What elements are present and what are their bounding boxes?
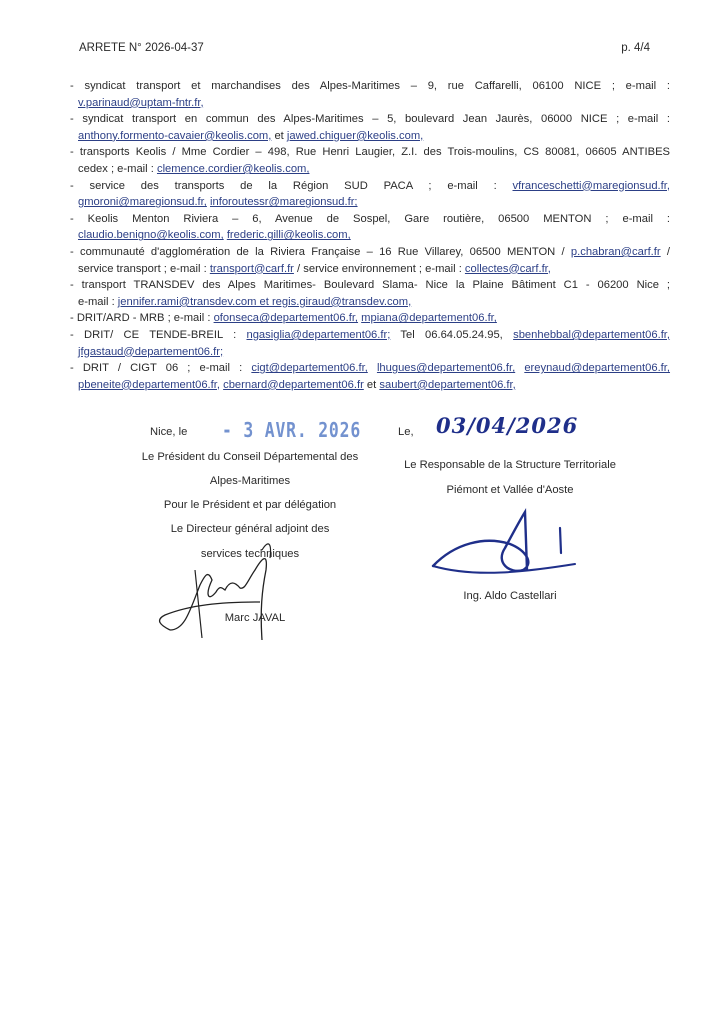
handwritten-signature-castellari xyxy=(425,508,585,583)
handwritten-signature-javal xyxy=(150,530,300,640)
email-link[interactable]: jawed.chiguer@keolis.com, xyxy=(287,130,423,142)
recipient-line: pbeneite@departement06.fr, cbernard@depa… xyxy=(70,377,670,394)
signatory-title-line: Piémont et Vallée d'Aoste xyxy=(380,484,640,496)
recipient-item: - DRIT/ARD - MRB ; e-mail : ofonseca@dep… xyxy=(70,310,670,327)
recipient-line: - transport TRANSDEV des Alpes Maritimes… xyxy=(70,277,670,294)
email-link[interactable]: mpiana@departement06.fr, xyxy=(361,312,497,324)
recipient-text: cedex ; e-mail : xyxy=(78,163,154,175)
email-link[interactable]: clemence.cordier@keolis.com, xyxy=(157,163,310,175)
email-link[interactable]: vfranceschetti@maregionsud.fr, xyxy=(513,180,671,192)
recipient-line: anthony.formento-cavaier@keolis.com, et … xyxy=(70,128,670,145)
email-link[interactable]: inforoutessr@maregionsud.fr; xyxy=(210,196,358,208)
email-link[interactable]: anthony.formento-cavaier@keolis.com, xyxy=(78,130,271,142)
email-link[interactable]: ereynaud@departement06.fr, xyxy=(524,362,670,374)
email-link[interactable]: cbernard@departement06.fr xyxy=(223,379,364,391)
recipient-item: - communauté d'agglomération de la Rivie… xyxy=(70,244,670,277)
recipient-line: gmoroni@maregionsud.fr, inforoutessr@mar… xyxy=(70,194,670,211)
email-link[interactable]: ngasiglia@departement06.fr; xyxy=(246,329,390,341)
inline-text: et xyxy=(367,379,376,391)
recipient-text: - communauté d'agglomération de la Rivie… xyxy=(70,246,565,258)
recipient-list: - syndicat transport et marchandises des… xyxy=(70,78,670,393)
place-date-label: Nice, le xyxy=(150,426,187,438)
recipient-item: - Keolis Menton Riviera – 6, Avenue de S… xyxy=(70,211,670,244)
recipient-line: - syndicat transport en commun des Alpes… xyxy=(70,111,670,128)
page-number: p. 4/4 xyxy=(621,42,650,54)
recipient-item: - syndicat transport en commun des Alpes… xyxy=(70,111,670,144)
email-link[interactable]: transport@carf.fr xyxy=(210,263,294,275)
recipient-text: - Keolis Menton Riviera – 6, Avenue de S… xyxy=(70,213,670,225)
email-link[interactable]: p.chabran@carf.fr xyxy=(571,246,661,258)
recipient-item: - service des transports de la Région SU… xyxy=(70,178,670,211)
recipient-line: service transport ; e-mail : transport@c… xyxy=(70,261,670,278)
recipient-line: - service des transports de la Région SU… xyxy=(70,178,670,195)
recipient-text: - syndicat transport en commun des Alpes… xyxy=(70,113,670,125)
decree-reference: ARRETE N° 2026-04-37 xyxy=(79,42,204,54)
recipient-text: - service des transports de la Région SU… xyxy=(70,180,497,192)
recipient-line: cedex ; e-mail : clemence.cordier@keolis… xyxy=(70,161,670,178)
email-link[interactable]: frederic.gilli@keolis.com, xyxy=(227,229,351,241)
recipient-item: - DRIT/ CE TENDE-BREIL : ngasiglia@depar… xyxy=(70,327,670,360)
recipient-line: claudio.benigno@keolis.com, frederic.gil… xyxy=(70,227,670,244)
email-link[interactable]: pbeneite@departement06.fr, xyxy=(78,379,220,391)
email-link[interactable]: jfgastaud@departement06.fr; xyxy=(78,346,223,358)
email-link[interactable]: gmoroni@maregionsud.fr, xyxy=(78,196,207,208)
inline-text: et xyxy=(274,130,283,142)
recipient-line: - DRIT/ARD - MRB ; e-mail : ofonseca@dep… xyxy=(70,310,670,327)
recipient-line: v.parinaud@uptam-fntr.fr, xyxy=(70,95,670,112)
recipient-line: - communauté d'agglomération de la Rivie… xyxy=(70,244,670,261)
recipient-line: - DRIT / CIGT 06 ; e-mail : cigt@departe… xyxy=(70,360,670,377)
recipient-line: - syndicat transport et marchandises des… xyxy=(70,78,670,95)
signatory-title-line: Le Président du Conseil Départemental de… xyxy=(100,451,400,463)
recipient-item: - transport TRANSDEV des Alpes Maritimes… xyxy=(70,277,670,310)
email-link[interactable]: ofonseca@departement06.fr, xyxy=(214,312,358,324)
recipient-item: - DRIT / CIGT 06 ; e-mail : cigt@departe… xyxy=(70,360,670,393)
signatory-title-line: Pour le Président et par délégation xyxy=(100,499,400,511)
recipient-text: - DRIT/ARD - MRB ; e-mail : xyxy=(70,312,210,324)
recipient-text: - syndicat transport et marchandises des… xyxy=(70,80,670,92)
recipient-line: - DRIT/ CE TENDE-BREIL : ngasiglia@depar… xyxy=(70,327,670,344)
recipient-text: e-mail : xyxy=(78,296,115,308)
recipient-text: service transport ; e-mail : xyxy=(78,263,207,275)
inline-text: / service environnement ; e-mail : xyxy=(297,263,462,275)
signatory-title-line: Alpes-Maritimes xyxy=(100,475,400,487)
email-link[interactable]: claudio.benigno@keolis.com, xyxy=(78,229,224,241)
recipient-item: - transports Keolis / Mme Cordier – 498,… xyxy=(70,144,670,177)
recipient-text: - DRIT/ CE TENDE-BREIL : xyxy=(70,329,236,341)
recipient-line: - transports Keolis / Mme Cordier – 498,… xyxy=(70,144,670,161)
email-link[interactable]: saubert@departement06.fr, xyxy=(379,379,515,391)
recipient-line: e-mail : jennifer.rami@transdev.com et r… xyxy=(70,294,670,311)
recipient-line: - Keolis Menton Riviera – 6, Avenue de S… xyxy=(70,211,670,228)
date-stamp: - 3 AVR. 2026 xyxy=(222,418,361,442)
recipient-item: - syndicat transport et marchandises des… xyxy=(70,78,670,111)
recipient-line: jfgastaud@departement06.fr; xyxy=(70,344,670,361)
recipient-text: - transport TRANSDEV des Alpes Maritimes… xyxy=(70,279,670,291)
email-link[interactable]: v.parinaud@uptam-fntr.fr, xyxy=(78,97,204,109)
inline-text: Tel 06.64.05.24.95, xyxy=(400,329,502,341)
signatory-name: Ing. Aldo Castellari xyxy=(380,590,640,602)
date-label: Le, xyxy=(398,426,414,438)
email-link[interactable]: collectes@carf.fr, xyxy=(465,263,551,275)
email-link[interactable]: jennifer.rami@transdev.com et regis.gira… xyxy=(118,296,411,308)
inline-text: / xyxy=(667,246,670,258)
recipient-text: - transports Keolis / Mme Cordier – 498,… xyxy=(70,146,670,158)
signatory-title-line: Le Responsable de la Structure Territori… xyxy=(380,459,640,471)
recipient-text: - DRIT / CIGT 06 ; e-mail : xyxy=(70,362,242,374)
email-link[interactable]: lhugues@departement06.fr, xyxy=(377,362,515,374)
handwritten-date: 03/04/2026 xyxy=(436,413,578,438)
email-link[interactable]: sbenhebbal@departement06.fr, xyxy=(513,329,670,341)
email-link[interactable]: cigt@departement06.fr, xyxy=(251,362,367,374)
